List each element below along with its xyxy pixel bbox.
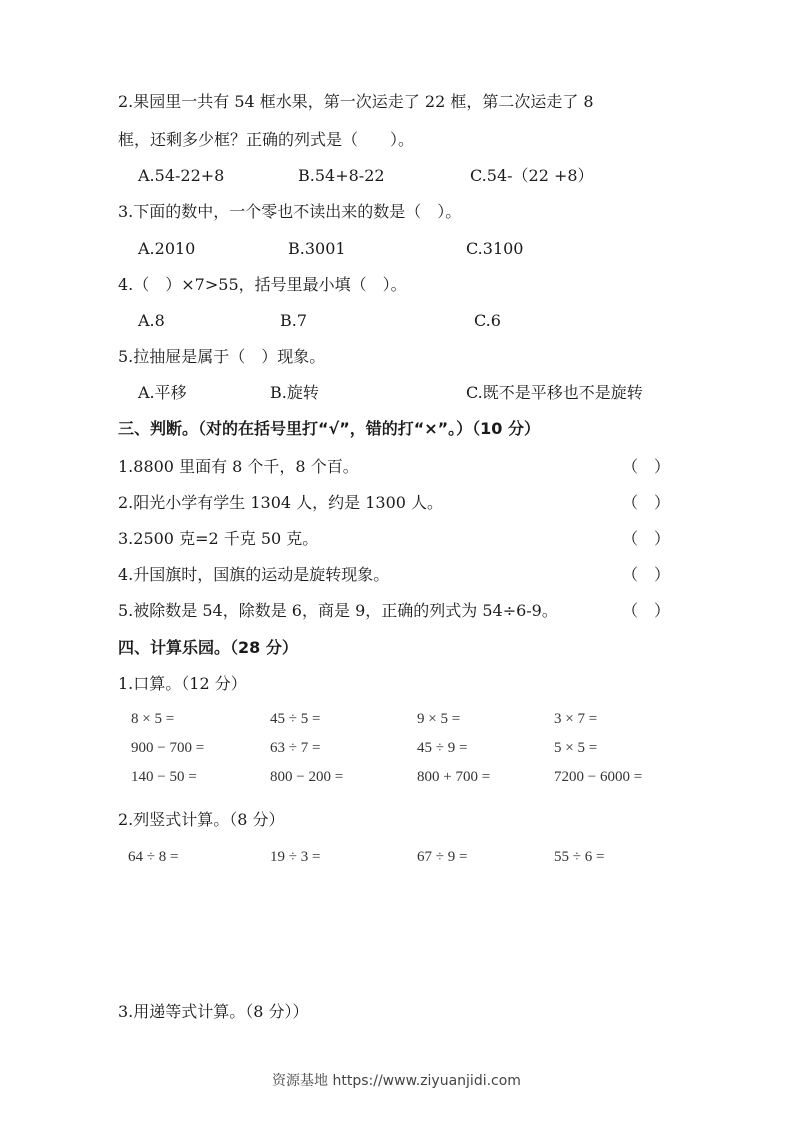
- question-2-option-b: B.54+8-22: [298, 165, 385, 187]
- question-5-option-b: B.旋转: [270, 382, 319, 404]
- oral-calc-item: 9 × 5 =: [417, 709, 460, 729]
- question-4-option-b: B.7: [280, 310, 307, 332]
- judge-answer-2: （ ）: [622, 492, 670, 514]
- oral-calc-item: 45 ÷ 5 =: [270, 709, 320, 729]
- watermark-footer: 资源基地 https://www.ziyuanjidi.com: [0, 1070, 793, 1090]
- judge-item-5: 5.被除数是 54，除数是 6，商是 9，正确的列式为 54÷6-9。: [118, 600, 558, 622]
- oral-calc-item: 7200 − 6000 =: [554, 767, 642, 787]
- section-3-heading: 三、判断。（对的在括号里打“√”，错的打“×”。）（10 分）: [118, 418, 540, 440]
- question-2-option-c: C.54-（22 +8）: [470, 165, 594, 187]
- question-4-option-c: C.6: [474, 310, 501, 332]
- section-4-heading: 四、计算乐园。（28 分）: [118, 637, 298, 659]
- question-2-line-1: 2.果园里一共有 54 框水果，第一次运走了 22 框，第二次运走了 8: [118, 91, 594, 113]
- judge-item-3: 3.2500 克=2 千克 50 克。: [118, 528, 318, 550]
- judge-item-2: 2.阳光小学有学生 1304 人，约是 1300 人。: [118, 492, 443, 514]
- vertical-calc-item: 67 ÷ 9 =: [417, 847, 467, 867]
- vertical-calc-item: 19 ÷ 3 =: [270, 847, 320, 867]
- judge-answer-1: （ ）: [622, 456, 670, 478]
- question-4: 4.（ ）×7>55，括号里最小填（ ）。: [118, 274, 407, 296]
- judge-item-4: 4.升国旗时，国旗的运动是旋转现象。: [118, 564, 389, 586]
- question-5: 5.拉抽屉是属于（ ）现象。: [118, 346, 325, 368]
- oral-calc-item: 900 − 700 =: [131, 738, 204, 758]
- judge-answer-3: （ ）: [622, 528, 670, 550]
- question-3: 3.下面的数中，一个零也不读出来的数是（ ）。: [118, 201, 461, 223]
- oral-calc-title: 1.口算。（12 分）: [118, 673, 247, 695]
- vertical-calc-item: 55 ÷ 6 =: [554, 847, 604, 867]
- oral-calc-item: 5 × 5 =: [554, 738, 597, 758]
- oral-calc-item: 800 + 700 =: [417, 767, 490, 787]
- question-2-option-a: A.54-22+8: [138, 165, 224, 187]
- vertical-calc-item: 64 ÷ 8 =: [128, 847, 178, 867]
- question-5-option-a: A.平移: [138, 382, 187, 404]
- judge-answer-5: （ ）: [622, 600, 670, 622]
- question-3-option-b: B.3001: [288, 238, 346, 260]
- judge-answer-4: （ ）: [622, 564, 670, 586]
- oral-calc-item: 63 ÷ 7 =: [270, 738, 320, 758]
- oral-calc-item: 3 × 7 =: [554, 709, 597, 729]
- question-5-option-c: C.既不是平移也不是旋转: [466, 382, 643, 404]
- oral-calc-item: 140 − 50 =: [131, 767, 197, 787]
- oral-calc-item: 45 ÷ 9 =: [417, 738, 467, 758]
- vertical-calc-title: 2.列竖式计算。（8 分）: [118, 809, 285, 831]
- stepwise-calc-title: 3.用递等式计算。（8 分））: [118, 1001, 309, 1023]
- oral-calc-item: 8 × 5 =: [131, 709, 174, 729]
- question-3-option-c: C.3100: [466, 238, 523, 260]
- question-2-line-2: 框，还剩多少框？正确的列式是（ ）。: [118, 129, 414, 151]
- judge-item-1: 1.8800 里面有 8 个千，8 个百。: [118, 456, 359, 478]
- oral-calc-item: 800 − 200 =: [270, 767, 343, 787]
- question-3-option-a: A.2010: [138, 238, 195, 260]
- question-4-option-a: A.8: [138, 310, 165, 332]
